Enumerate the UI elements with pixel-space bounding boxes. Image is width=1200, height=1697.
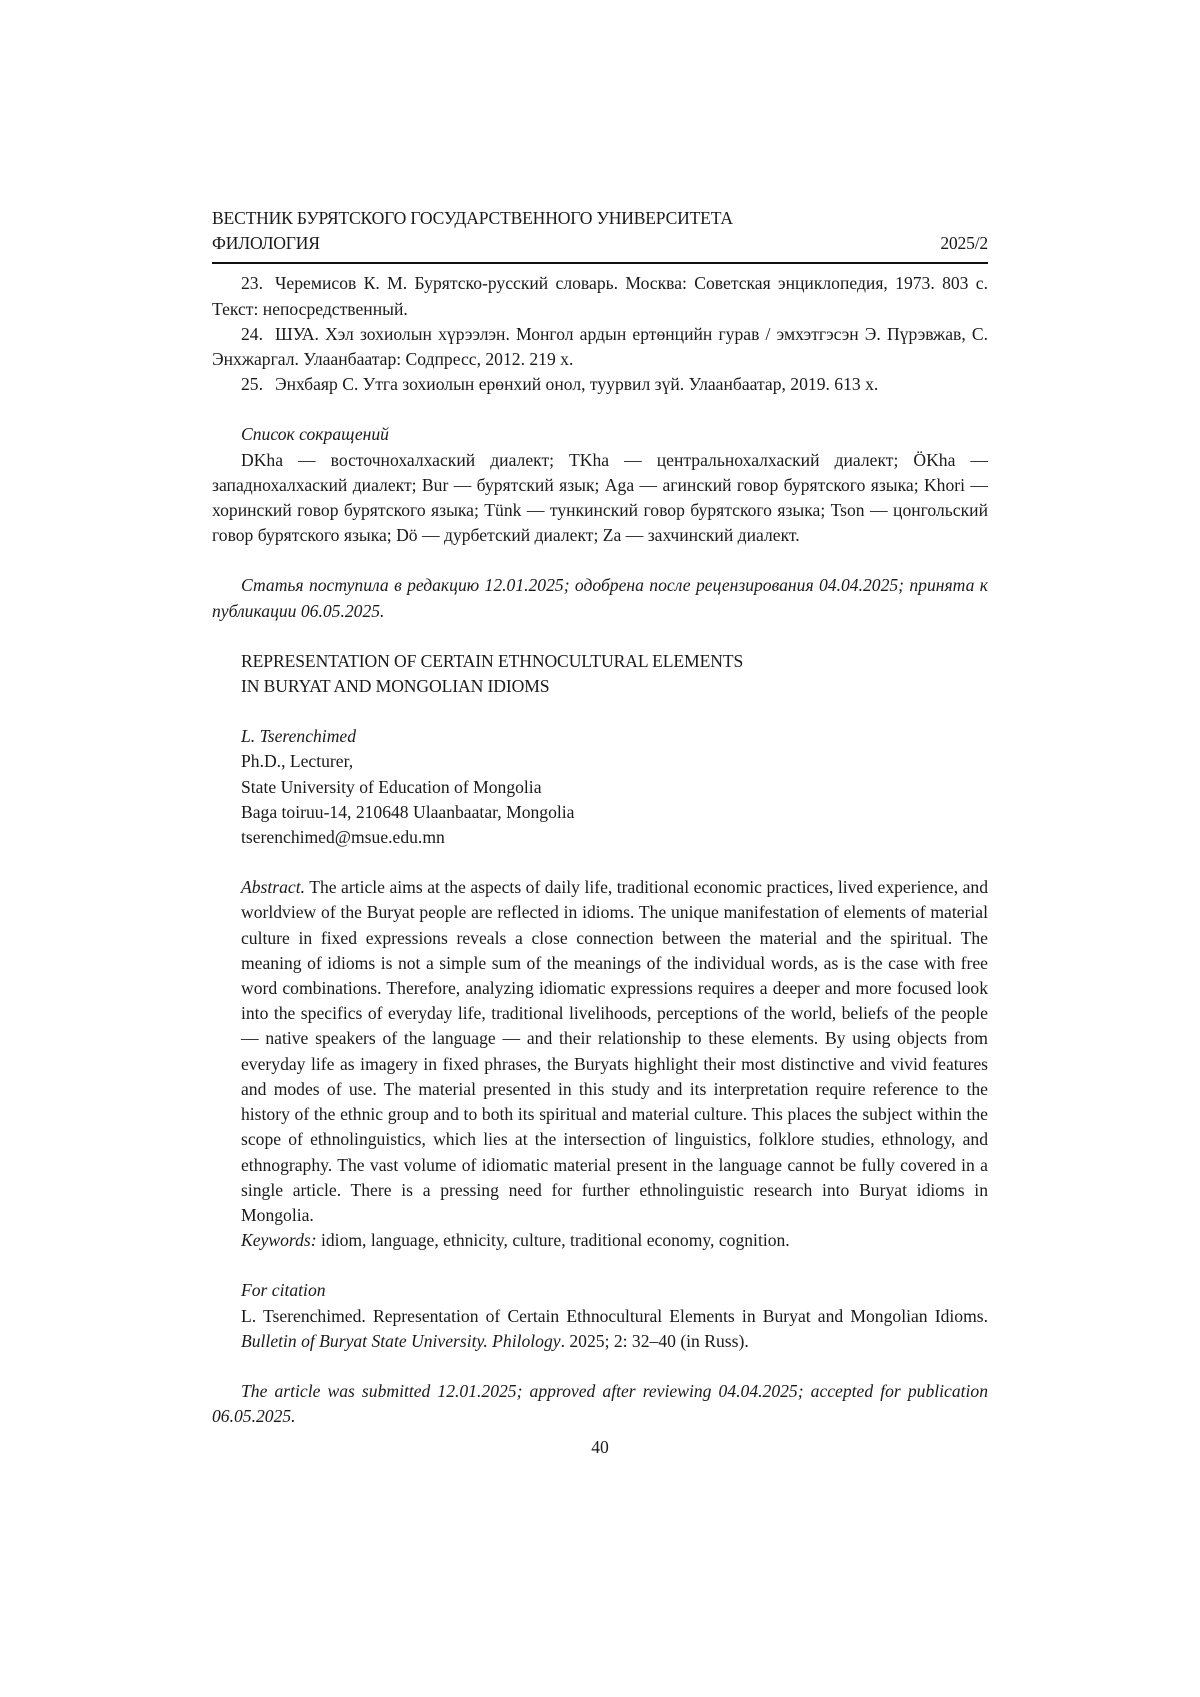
english-title: REPRESENTATION OF CERTAIN ETHNOCULTURAL … [212, 649, 988, 699]
author-address: Baga toiruu-14, 210648 Ulaanbaatar, Mong… [241, 800, 988, 825]
abbreviations-text: DKha — восточнохалхаский диалект; TKha —… [212, 448, 988, 549]
citation-journal: Bulletin of Buryat State University. Phi… [241, 1331, 561, 1351]
author-name: L. Tserenchimed [241, 726, 356, 746]
header-journal-line: ВЕСТНИК БУРЯТСКОГО ГОСУДАРСТВЕННОГО УНИВ… [212, 206, 988, 231]
abbreviations-heading: Список сокращений [212, 422, 988, 447]
citation-heading: For citation [241, 1278, 988, 1303]
reference-list: 23.Черемисов К. М. Бурятско-русский слов… [212, 271, 988, 397]
document-page: ВЕСТНИК БУРЯТСКОГО ГОСУДАРСТВЕННОГО УНИВ… [212, 206, 988, 1461]
journal-section: ФИЛОЛОГИЯ [212, 231, 320, 256]
abbreviations-section: Список сокращений DKha — восточнохалхаск… [212, 422, 988, 548]
citation-prefix: L. Tserenchimed. Representation of Certa… [241, 1306, 988, 1326]
citation-label: For citation [241, 1280, 326, 1300]
author-email[interactable]: tserenchimed@msue.edu.mn [241, 825, 988, 850]
spacer [212, 699, 988, 724]
spacer [212, 850, 988, 875]
abstract-block: Abstract. The article aims at the aspect… [212, 875, 988, 1253]
running-header: ВЕСТНИК БУРЯТСКОГО ГОСУДАРСТВЕННОГО УНИВ… [212, 206, 988, 264]
author-name-line: L. Tserenchimed [241, 724, 988, 749]
keywords: Keywords: idiom, language, ethnicity, cu… [241, 1228, 988, 1253]
page-number: 40 [212, 1435, 988, 1460]
reference-text: Черемисов К. М. Бурятско-русский словарь… [212, 273, 988, 318]
received-note-ru-text: Статья поступила в редакцию 12.01.2025; … [212, 575, 988, 620]
issue-number: 2025/2 [940, 231, 988, 256]
abstract-text: The article aims at the aspects of daily… [241, 877, 988, 1225]
citation-suffix: . 2025; 2: 32–40 (in Russ). [561, 1331, 749, 1351]
keywords-text: idiom, language, ethnicity, culture, tra… [317, 1230, 790, 1250]
header-section-line: ФИЛОЛОГИЯ 2025/2 [212, 231, 988, 256]
citation-text: L. Tserenchimed. Representation of Certa… [241, 1304, 988, 1354]
reference-text: ШУА. Хэл зохиолын хүрээлэн. Монгол ардын… [212, 324, 988, 369]
reference-item: 24.ШУА. Хэл зохиолын хүрээлэн. Монгол ар… [212, 322, 988, 372]
spacer [212, 624, 988, 649]
abstract: Abstract. The article aims at the aspect… [241, 875, 988, 1228]
abbreviations-title: Список сокращений [241, 424, 389, 444]
header-rule [212, 262, 988, 264]
reference-item: 23.Черемисов К. М. Бурятско-русский слов… [212, 271, 988, 321]
reference-number: 23. [241, 271, 275, 296]
keywords-label: Keywords: [241, 1230, 317, 1250]
citation-block: For citation L. Tserenchimed. Representa… [212, 1278, 988, 1354]
reference-item: 25.Энхбаяр С. Утга зохиолын ерөнхий онол… [212, 372, 988, 397]
reference-text: Энхбаяр С. Утга зохиолын ерөнхий онол, т… [275, 374, 878, 394]
spacer [212, 1253, 988, 1278]
english-title-line-1: REPRESENTATION OF CERTAIN ETHNOCULTURAL … [241, 649, 988, 674]
reference-number: 24. [241, 322, 275, 347]
reference-number: 25. [241, 372, 275, 397]
author-affiliation: State University of Education of Mongoli… [241, 775, 988, 800]
received-note-en-text: The article was submitted 12.01.2025; ap… [212, 1381, 988, 1426]
received-note-ru: Статья поступила в редакцию 12.01.2025; … [212, 573, 988, 623]
received-note-en: The article was submitted 12.01.2025; ap… [212, 1379, 988, 1429]
spacer [212, 1354, 988, 1379]
author-block: L. Tserenchimed Ph.D., Lecturer, State U… [212, 724, 988, 850]
abstract-label: Abstract. [241, 877, 305, 897]
author-degree: Ph.D., Lecturer, [241, 749, 988, 774]
english-title-line-2: IN BURYAT AND MONGOLIAN IDIOMS [241, 674, 988, 699]
journal-name: ВЕСТНИК БУРЯТСКОГО ГОСУДАРСТВЕННОГО УНИВ… [212, 206, 733, 231]
spacer [212, 548, 988, 573]
spacer [212, 397, 988, 422]
